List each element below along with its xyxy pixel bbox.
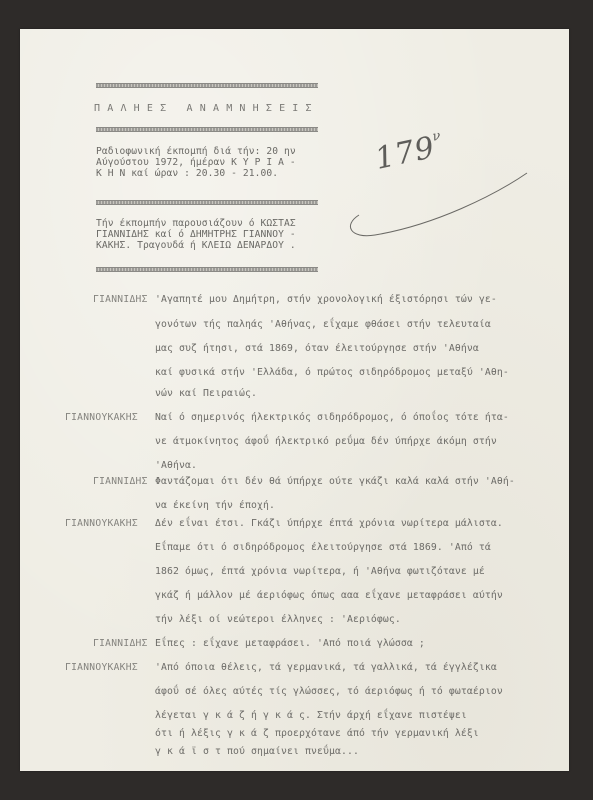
dialogue-line: ότι ή λέξις γ κ ά ζ προερχότανε άπό τήν …	[155, 728, 479, 739]
dialogue-line: Εΐπαμε ότι ό σιδηρόδρομος έλειτούργησε σ…	[155, 542, 491, 553]
dialogue-line: Εΐπες : εΐχανε μεταφράσει. 'Από ποιά γλώ…	[155, 638, 425, 649]
dialogue-line: 1862 όμως, έπτά χρόνια νωρίτερα, ή 'Αθήν…	[155, 566, 485, 577]
pencil-oval-stroke	[345, 165, 535, 245]
dialogue-line: Φαντάζομαι ότι δέν θά ύπήρχε ούτε γκάζι …	[155, 476, 515, 487]
broadcast-info: Ραδιοφωνική έκπομπή διά τήν: 20 ην Αύγού…	[96, 146, 296, 179]
presenters-info-line: ΚΑΚΗΣ. Τραγουδά ή ΚΛΕΙΩ ΔΕΝΑΡΔΟΥ .	[96, 240, 296, 251]
presenters-info-line: Τήν έκπομπήν παρουσιάζουν ό ΚΩΣΤΑΣ	[96, 218, 296, 229]
document-page	[20, 29, 569, 771]
dialogue-line: νε άτμοκίνητος άφοΰ ήλεκτρικό ρεΰμα δέν …	[155, 436, 497, 447]
info-rule	[96, 200, 318, 205]
dialogue-line: 'Αθήνα.	[155, 460, 197, 471]
dialogue-line: Ναί ό σημερινός ήλεκτρικός σιδηρόδρομος,…	[155, 412, 509, 423]
presenters-info-line: ΓΙΑΝΝΙΔΗΣ καί ό ΔΗΜΗΤΡΗΣ ΓΙΑΝΝΟΥ -	[96, 229, 296, 240]
dialogue-line: γκάζ ή μάλλον μέ άεριόφως όπως ααα εΐχαν…	[155, 590, 503, 601]
speaker-label: ΓΙΑΝΝΟΥΚΑΚΗΣ	[65, 412, 138, 423]
title-rule	[96, 127, 318, 132]
top-rule	[96, 83, 318, 88]
presenters-rule	[96, 267, 318, 272]
dialogue-line: τήν λέξι οί νεώτεροι έλληνες : 'Αεριόφως…	[155, 614, 401, 625]
dialogue-line: Δέν εΐναι έτσι. Γκάζι ύπήρχε έπτά χρόνια…	[155, 518, 503, 529]
dialogue-line: να έκείνη τήν έποχή.	[155, 500, 275, 511]
dialogue-line: γ κ ά ϊ σ τ πού σημαίνει πνεΰμα...	[155, 746, 359, 757]
dialogue-line: νών καί Πειραιώς.	[155, 388, 257, 399]
speaker-label: ΓΙΑΝΝΟΥΚΑΚΗΣ	[65, 518, 138, 529]
dialogue-line: γονότων τής παληάς 'Αθήνας, εΐχαμε φθάσε…	[155, 319, 491, 330]
dialogue-line: 'Αγαπητέ μου Δημήτρη, στήν χρονολογική έ…	[155, 294, 497, 305]
presenters-info: Τήν έκπομπήν παρουσιάζουν ό ΚΩΣΤΑΣ ΓΙΑΝΝ…	[96, 218, 296, 251]
broadcast-info-line: Κ Η Ν καί ώραν : 20.30 - 21.00.	[96, 168, 296, 179]
dialogue-line: λέγεται γ κ ά ζ ή γ κ ά ς. Στήν άρχή εΐχ…	[155, 710, 467, 721]
broadcast-info-line: Αύγούστου 1972, ήμέραν Κ Υ Ρ Ι Α -	[96, 157, 296, 168]
dialogue-line: καί φυσικά στήν 'Ελλάδα, ό πρώτος σιδηρό…	[155, 367, 509, 378]
speaker-label: ΓΙΑΝΝΟΥΚΑΚΗΣ	[65, 662, 138, 673]
document-title: ΠΑΛΗΕΣ ΑΝΑΜΝΗΣΕΙΣ	[94, 103, 319, 114]
speaker-label: ΓΙΑΝΝΙΔΗΣ	[93, 476, 148, 487]
dialogue-line: μας συζ ήτησι, στά 1869, όταν έλειτούργη…	[155, 343, 479, 354]
broadcast-info-line: Ραδιοφωνική έκπομπή διά τήν: 20 ην	[96, 146, 296, 157]
dialogue-line: άφοΰ σέ όλες αύτές τίς γλώσσες, τό άεριό…	[155, 686, 503, 697]
dialogue-line: 'Από όποια θέλεις, τά γερμανικά, τά γαλλ…	[155, 662, 497, 673]
speaker-label: ΓΙΑΝΝΙΔΗΣ	[93, 294, 148, 305]
speaker-label: ΓΙΑΝΝΙΔΗΣ	[93, 638, 148, 649]
